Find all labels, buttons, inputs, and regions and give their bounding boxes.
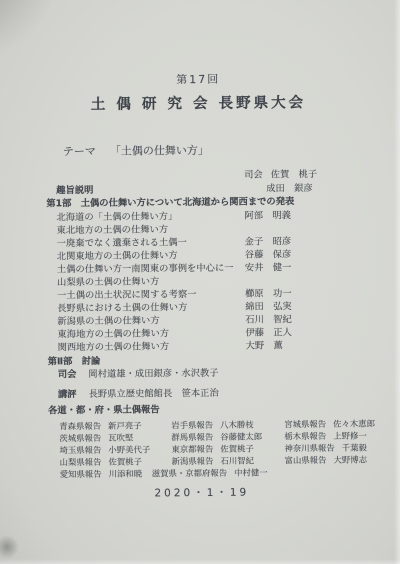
report-label: 東京都報告	[171, 444, 213, 454]
report-cell: 愛知県報告川添和暁	[60, 468, 142, 481]
report-name: 川添和暁	[109, 469, 143, 479]
program-item-name: 大野 薫	[245, 337, 282, 351]
part1-heading: 第1部 土偶の仕舞い方について北海道から関西までの発表	[46, 192, 383, 207]
event-round: 第17回	[0, 69, 398, 88]
report-name: 瓦吹堅	[108, 433, 133, 443]
report-row: 愛知県報告川添和暁 滋賀県・京都府報告中村健一	[2, 465, 400, 479]
report-name: 佐々木恵郎	[333, 418, 375, 428]
report-name: 千葉毅	[342, 443, 367, 453]
report-name: 石川智紀	[220, 456, 254, 466]
event-date: 2020・1・19	[2, 483, 400, 501]
report-cell: 新潟県報告石川智紀	[172, 455, 254, 468]
report-label: 宮城県報告	[284, 419, 326, 429]
report-name: 小野美代子	[108, 444, 150, 454]
report-label: 滋賀県・京都府報告	[152, 468, 227, 479]
document-content: 第17回 土 偶 研 究 会 長野県大会 テーマ「土偶の仕舞い方」 司会佐賀 桃…	[0, 0, 400, 564]
report-name: 新戸亮子	[108, 421, 142, 431]
report-label: 山梨県報告	[60, 457, 102, 467]
moderator-name: 佐賀 桃子	[271, 169, 318, 180]
report-name: 大野博志	[333, 455, 367, 465]
report-label: 埼玉県報告	[59, 445, 101, 455]
report-cell: 岩手県報告八木勝枝	[171, 419, 253, 432]
report-label: 富山県報告	[285, 455, 327, 465]
part2-moderators-line: 司会岡村道雄・成田銀彦・水沢教子	[58, 363, 385, 378]
moderator-label: 司会	[244, 169, 263, 180]
report-cell: 茨城県報告瓦吹堅	[59, 432, 133, 445]
report-cell: 宮城県報告佐々木恵郎	[284, 417, 375, 430]
review-text: 長野県立歴史館館長 笹本正治	[89, 388, 219, 400]
report-name: 佐賀桃子	[220, 444, 254, 454]
report-label: 愛知県報告	[60, 469, 102, 479]
report-name: 谷藤健太郎	[220, 431, 262, 441]
report-cell: 富山県報告大野博志	[285, 454, 367, 467]
report-label: 茨城県報告	[59, 433, 101, 443]
report-name: 八木勝枝	[220, 420, 254, 430]
part2-moderators-label: 司会	[58, 369, 77, 380]
moderator: 司会佐賀 桃子	[244, 166, 317, 181]
report-label: 岩手県報告	[171, 420, 213, 430]
theme-label: テーマ	[63, 145, 96, 158]
report-label: 群馬県報告	[171, 432, 213, 442]
report-cell: 栃木県報告上野修一	[284, 430, 366, 443]
report-label: 青森県報告	[59, 421, 101, 431]
document-page: 第17回 土 偶 研 究 会 長野県大会 テーマ「土偶の仕舞い方」 司会佐賀 桃…	[0, 0, 400, 564]
report-label: 栃木県報告	[284, 431, 326, 441]
theme-text: 「土偶の仕舞い方」	[110, 144, 209, 158]
report-label: 新潟県報告	[172, 456, 214, 466]
report-cell: 群馬県報告谷藤健太郎	[171, 430, 262, 443]
event-title: 土 偶 研 究 会 長野県大会	[0, 90, 399, 114]
report-name: 中村健一	[234, 467, 268, 477]
report-cell: 山梨県報告佐賀桃子	[60, 456, 142, 469]
report-name: 上野修一	[333, 431, 367, 441]
report-label: 神奈川県報告	[284, 443, 334, 453]
theme-line: テーマ「土偶の仕舞い方」	[63, 142, 209, 159]
reports-heading: 各道・都・府・県土偶報告	[48, 401, 160, 416]
moderator-line: 司会佐賀 桃子	[56, 165, 383, 180]
report-cell: 滋賀県・京都府報告中村健一	[152, 466, 268, 479]
review-line: 講評長野県立歴史館館長 笹本正治	[58, 383, 385, 398]
report-cell: 東京都報告佐賀桃子	[171, 443, 253, 456]
part2-moderators: 岡村道雄・成田銀彦・水沢教子	[88, 368, 218, 380]
report-cell: 埼玉県報告小野美代子	[59, 443, 150, 456]
report-cell: 神奈川県報告千葉毅	[284, 442, 366, 455]
program-item: 関西地方の土偶の仕舞い方 大野 薫	[57, 336, 384, 351]
review-label: 講評	[58, 389, 77, 400]
report-name: 佐賀桃子	[108, 457, 142, 467]
report-cell: 青森県報告新戸亮子	[59, 420, 141, 433]
